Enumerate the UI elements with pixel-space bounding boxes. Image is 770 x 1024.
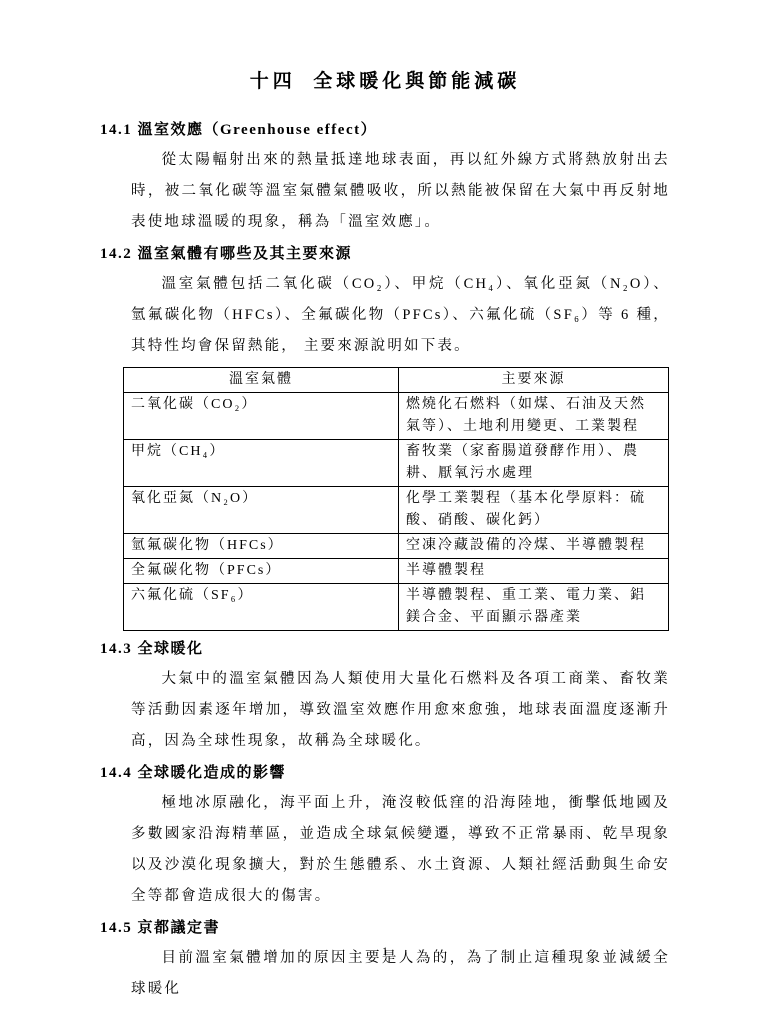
section-14-5: 14.5 京都議定書 目前溫室氣體增加的原因主要是人為的，為了制止這種現象並減緩… bbox=[100, 918, 670, 1005]
gas-source-cell: 畜牧業（家畜腸道發酵作用）、農耕、厭氧污水處理 bbox=[399, 440, 669, 487]
gas-name-cell: 全氟碳化物（PFCs） bbox=[124, 559, 399, 584]
gas-source-cell: 半導體製程、重工業、電力業、鋁鎂合金、平面顯示器產業 bbox=[399, 584, 669, 631]
section-14-2: 14.2 溫室氣體有哪些及其主要來源 溫室氣體包括二氧化碳（CO₂）、甲烷（CH… bbox=[100, 244, 670, 631]
gas-name-cell: 六氟化硫（SF₆） bbox=[124, 584, 399, 631]
section-14-4: 14.4 全球暖化造成的影響 極地冰原融化，海平面上升，淹沒較低窪的沿海陸地，衝… bbox=[100, 763, 670, 912]
section-14-4-heading: 14.4 全球暖化造成的影響 bbox=[100, 763, 670, 784]
section-14-4-paragraph: 極地冰原融化，海平面上升，淹沒較低窪的沿海陸地，衝擊低地國及多數國家沿海精華區，… bbox=[131, 788, 670, 912]
section-14-3: 14.3 全球暖化 大氣中的溫室氣體因為人類使用大量化石燃料及各項工商業、畜牧業… bbox=[100, 639, 670, 757]
table-header-gas: 溫室氣體 bbox=[124, 368, 399, 393]
section-14-1: 14.1 溫室效應（Greenhouse effect） 從太陽輻射出來的熱量抵… bbox=[100, 120, 670, 238]
gas-source-cell: 半導體製程 bbox=[399, 559, 669, 584]
gas-name-cell: 氧化亞氮（N₂O） bbox=[124, 487, 399, 534]
table-row: 二氧化碳（CO₂） 燃燒化石燃料（如煤、石油及天然氣等）、土地利用變更、工業製程 bbox=[124, 393, 669, 440]
table-header-row: 溫室氣體 主要來源 bbox=[124, 368, 669, 393]
table-row: 六氟化硫（SF₆） 半導體製程、重工業、電力業、鋁鎂合金、平面顯示器產業 bbox=[124, 584, 669, 631]
document-title: 十四 全球暖化與節能減碳 bbox=[100, 68, 670, 96]
table-header-source: 主要來源 bbox=[399, 368, 669, 393]
gas-name-cell: 氫氟碳化物（HFCs） bbox=[124, 534, 399, 559]
greenhouse-gas-table: 溫室氣體 主要來源 二氧化碳（CO₂） 燃燒化石燃料（如煤、石油及天然氣等）、土… bbox=[123, 367, 669, 631]
gas-source-cell: 空凍冷藏設備的冷煤、半導體製程 bbox=[399, 534, 669, 559]
document-content: 十四 全球暖化與節能減碳 14.1 溫室效應（Greenhouse effect… bbox=[0, 0, 770, 1005]
gas-source-cell: 化學工業製程（基本化學原料：硫酸、硝酸、碳化鈣） bbox=[399, 487, 669, 534]
section-14-3-paragraph: 大氣中的溫室氣體因為人類使用大量化石燃料及各項工商業、畜牧業等活動因素逐年增加，… bbox=[131, 664, 670, 757]
section-14-1-heading: 14.1 溫室效應（Greenhouse effect） bbox=[100, 120, 670, 141]
section-14-2-heading: 14.2 溫室氣體有哪些及其主要來源 bbox=[100, 244, 670, 265]
section-14-1-paragraph: 從太陽輻射出來的熱量抵達地球表面，再以紅外線方式將熱放射出去時，被二氧化碳等溫室… bbox=[131, 145, 670, 238]
table-row: 氫氟碳化物（HFCs） 空凍冷藏設備的冷煤、半導體製程 bbox=[124, 534, 669, 559]
document-page: 十四 全球暖化與節能減碳 14.1 溫室效應（Greenhouse effect… bbox=[0, 0, 770, 1024]
table-row: 全氟碳化物（PFCs） 半導體製程 bbox=[124, 559, 669, 584]
section-14-5-heading: 14.5 京都議定書 bbox=[100, 918, 670, 939]
gas-name-cell: 甲烷（CH₄） bbox=[124, 440, 399, 487]
table-row: 甲烷（CH₄） 畜牧業（家畜腸道發酵作用）、農耕、厭氧污水處理 bbox=[124, 440, 669, 487]
gas-name-cell: 二氧化碳（CO₂） bbox=[124, 393, 399, 440]
section-14-3-heading: 14.3 全球暖化 bbox=[100, 639, 670, 660]
table-row: 氧化亞氮（N₂O） 化學工業製程（基本化學原料：硫酸、硝酸、碳化鈣） bbox=[124, 487, 669, 534]
gas-source-cell: 燃燒化石燃料（如煤、石油及天然氣等）、土地利用變更、工業製程 bbox=[399, 393, 669, 440]
page-number: 1 bbox=[0, 944, 770, 958]
section-14-2-paragraph: 溫室氣體包括二氧化碳（CO₂）、甲烷（CH₄）、氧化亞氮（N₂O）、氫氟碳化物（… bbox=[131, 269, 670, 362]
